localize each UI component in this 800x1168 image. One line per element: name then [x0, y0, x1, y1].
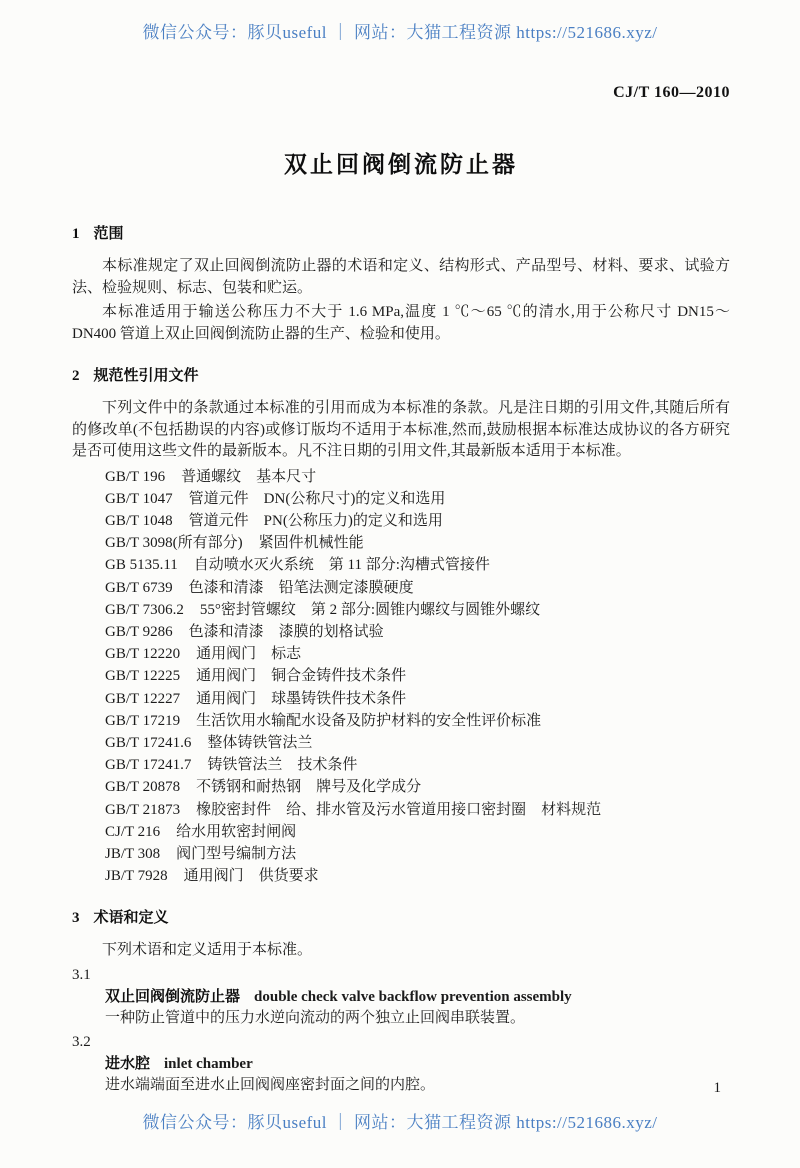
section-title: 术语和定义	[94, 909, 169, 926]
reference-item: GB/T 7306.255°密封管螺纹 第 2 部分:圆锥内螺纹与圆锥外螺纹	[72, 599, 730, 621]
reference-code: GB/T 17241.7	[105, 757, 191, 773]
reference-code: GB/T 21873	[105, 802, 180, 818]
term-english: double check valve backflow prevention a…	[254, 989, 572, 1005]
reference-item: GB/T 17241.6整体铸铁管法兰	[72, 732, 730, 754]
reference-code: GB/T 1047	[105, 491, 173, 507]
terms-intro: 下列术语和定义适用于本标准。	[72, 940, 730, 962]
reference-title: 通用阀门 球墨铸铁件技术条件	[196, 691, 406, 707]
reference-item: GB/T 1048管道元件 PN(公称压力)的定义和选用	[72, 510, 730, 532]
reference-title: 管道元件 PN(公称压力)的定义和选用	[189, 513, 443, 529]
watermark-bottom: 微信公众号：豚贝useful ｜ 网站：大猫工程资源 https://52168…	[0, 1108, 800, 1133]
reference-title: 给水用软密封闸阀	[176, 824, 296, 840]
reference-item: JB/T 7928通用阀门 供货要求	[72, 865, 730, 887]
reference-code: GB/T 7306.2	[105, 602, 184, 618]
reference-title: 生活饮用水输配水设备及防护材料的安全性评价标准	[196, 713, 541, 729]
reference-title: 整体铸铁管法兰	[207, 735, 312, 751]
reference-code: GB/T 196	[105, 469, 165, 485]
term-entry: 进水腔inlet chamber	[72, 1053, 730, 1075]
reference-code: GB 5135.11	[105, 557, 178, 573]
document-content: 双止回阀倒流防止器 1范围 本标准规定了双止回阀倒流防止器的术语和定义、结构形式…	[72, 146, 730, 1096]
reference-item: GB 5135.11自动喷水灭火系统 第 11 部分:沟槽式管接件	[72, 554, 730, 576]
term-number: 3.2	[72, 1032, 730, 1053]
section-heading-terms: 3术语和定义	[72, 907, 730, 929]
page-number: 1	[714, 1080, 722, 1097]
reference-title: 自动喷水灭火系统 第 11 部分:沟槽式管接件	[194, 557, 490, 573]
scope-paragraph-1: 本标准规定了双止回阀倒流防止器的术语和定义、结构形式、产品型号、材料、要求、试验…	[72, 256, 730, 299]
reference-title: 阀门型号编制方法	[176, 846, 296, 862]
term-english: inlet chamber	[164, 1056, 253, 1072]
reference-code: GB/T 12225	[105, 668, 180, 684]
reference-code: JB/T 308	[105, 846, 160, 862]
reference-item: GB/T 12227通用阀门 球墨铸铁件技术条件	[72, 688, 730, 710]
reference-title: 橡胶密封件 给、排水管及污水管道用接口密封圈 材料规范	[196, 802, 601, 818]
section-heading-references: 2规范性引用文件	[72, 365, 730, 387]
reference-code: GB/T 17219	[105, 713, 180, 729]
reference-code: GB/T 9286	[105, 624, 173, 640]
reference-title: 管道元件 DN(公称尺寸)的定义和选用	[189, 491, 446, 507]
reference-code: GB/T 6739	[105, 580, 173, 596]
section-title: 规范性引用文件	[94, 367, 199, 384]
reference-code: GB/T 20878	[105, 779, 180, 795]
term-chinese: 进水腔	[105, 1055, 150, 1072]
standard-code: CJ/T 160—2010	[613, 84, 730, 102]
reference-item: JB/T 308阀门型号编制方法	[72, 843, 730, 865]
reference-title: 55°密封管螺纹 第 2 部分:圆锥内螺纹与圆锥外螺纹	[200, 602, 540, 618]
reference-code: GB/T 12227	[105, 691, 180, 707]
term-chinese: 双止回阀倒流防止器	[105, 988, 240, 1005]
reference-item: GB/T 12225通用阀门 铜合金铸件技术条件	[72, 665, 730, 687]
term-definition: 进水端端面至进水止回阀阀座密封面之间的内腔。	[72, 1075, 730, 1096]
reference-code: GB/T 17241.6	[105, 735, 191, 751]
section-title: 范围	[94, 225, 124, 242]
reference-item: GB/T 17241.7铸铁管法兰 技术条件	[72, 754, 730, 776]
reference-code: CJ/T 216	[105, 824, 160, 840]
document-page: 微信公众号：豚贝useful ｜ 网站：大猫工程资源 https://52168…	[0, 0, 800, 1168]
reference-title: 铸铁管法兰 技术条件	[207, 757, 357, 773]
reference-item: GB/T 9286色漆和清漆 漆膜的划格试验	[72, 621, 730, 643]
section-heading-scope: 1范围	[72, 223, 730, 245]
reference-title: 不锈钢和耐热钢 牌号及化学成分	[196, 779, 421, 795]
reference-item: GB/T 6739色漆和清漆 铅笔法测定漆膜硬度	[72, 577, 730, 599]
references-list: GB/T 196普通螺纹 基本尺寸GB/T 1047管道元件 DN(公称尺寸)的…	[72, 466, 730, 888]
reference-code: GB/T 3098(所有部分)	[105, 535, 243, 551]
reference-item: GB/T 12220通用阀门 标志	[72, 643, 730, 665]
reference-title: 色漆和清漆 漆膜的划格试验	[189, 624, 384, 640]
section-number: 1	[72, 226, 80, 242]
term-definition: 一种防止管道中的压力水逆向流动的两个独立止回阀串联装置。	[72, 1008, 730, 1029]
watermark-top: 微信公众号：豚贝useful ｜ 网站：大猫工程资源 https://52168…	[0, 18, 800, 43]
reference-item: GB/T 21873橡胶密封件 给、排水管及污水管道用接口密封圈 材料规范	[72, 799, 730, 821]
section-number: 2	[72, 368, 80, 384]
reference-item: GB/T 1047管道元件 DN(公称尺寸)的定义和选用	[72, 488, 730, 510]
reference-item: GB/T 196普通螺纹 基本尺寸	[72, 466, 730, 488]
reference-item: GB/T 17219生活饮用水输配水设备及防护材料的安全性评价标准	[72, 710, 730, 732]
term-number: 3.1	[72, 965, 730, 986]
reference-title: 色漆和清漆 铅笔法测定漆膜硬度	[189, 580, 414, 596]
reference-title: 紧固件机械性能	[259, 535, 364, 551]
reference-code: GB/T 1048	[105, 513, 173, 529]
reference-item: GB/T 3098(所有部分)紧固件机械性能	[72, 532, 730, 554]
reference-item: CJ/T 216给水用软密封闸阀	[72, 821, 730, 843]
reference-code: GB/T 12220	[105, 646, 180, 662]
section-number: 3	[72, 910, 80, 926]
scope-paragraph-2: 本标准适用于输送公称压力不大于 1.6 MPa,温度 1 ℃～65 ℃的清水,用…	[72, 302, 730, 345]
term-entry: 双止回阀倒流防止器double check valve backflow pre…	[72, 986, 730, 1008]
reference-title: 通用阀门 铜合金铸件技术条件	[196, 668, 406, 684]
reference-title: 普通螺纹 基本尺寸	[181, 469, 316, 485]
reference-item: GB/T 20878不锈钢和耐热钢 牌号及化学成分	[72, 776, 730, 798]
document-title: 双止回阀倒流防止器	[72, 146, 730, 179]
reference-code: JB/T 7928	[105, 868, 168, 884]
reference-title: 通用阀门 供货要求	[184, 868, 319, 884]
reference-title: 通用阀门 标志	[196, 646, 301, 662]
references-intro: 下列文件中的条款通过本标准的引用而成为本标准的条款。凡是注日期的引用文件,其随后…	[72, 398, 730, 463]
